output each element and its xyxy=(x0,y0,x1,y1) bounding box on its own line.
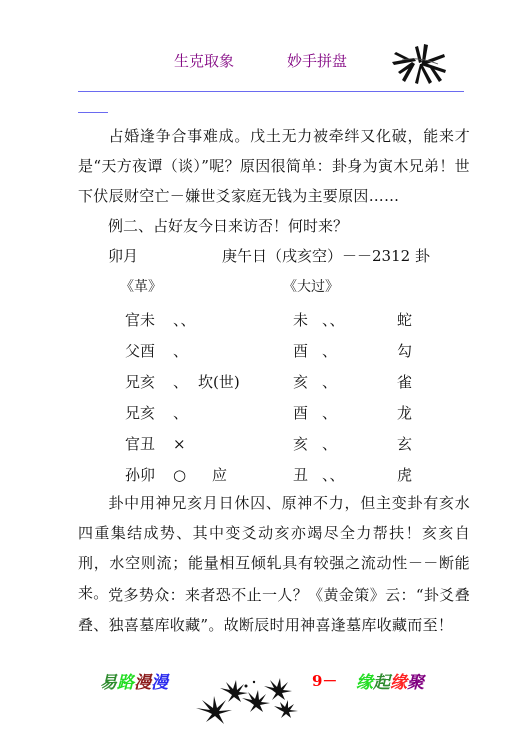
header-title-right: 妙手拼盘 xyxy=(287,50,347,71)
yao-main: 父酉 xyxy=(125,336,155,366)
yao-row: 孙卯 ○ 应 丑 、、 虎 xyxy=(0,460,526,490)
yao-beast: 玄 xyxy=(397,429,412,459)
yao-row: 父酉 、 酉 、 勾 xyxy=(0,336,526,366)
yao-row: 兄亥 、 坎(世) 亥 、 雀 xyxy=(0,367,526,397)
footer-char: 易 xyxy=(100,673,117,693)
yao-change: 亥 xyxy=(293,429,308,459)
yao-change-mark: 、 xyxy=(322,367,337,397)
yao-change: 未 xyxy=(293,305,308,335)
day-info: 庚午日（戌亥空）－－2312 卦 xyxy=(222,241,430,271)
header-divider xyxy=(78,91,464,92)
paragraph-marriage-analysis: 占婚逢争合事难成。戊土无力被牵绊又化破，能来才是“天方夜谭（谈）”呢？原因很简单… xyxy=(78,121,470,211)
changed-hexagram-name: 《大过》 xyxy=(283,274,339,300)
main-hexagram-name: 《革》 xyxy=(120,274,162,300)
yao-change: 丑 xyxy=(293,460,308,490)
yao-main: 兄亥 xyxy=(125,398,155,428)
footer-slogan-left: 易路漫漫 xyxy=(100,668,168,693)
footer-char: 漫 xyxy=(134,673,151,693)
footer-char: 起 xyxy=(373,673,390,693)
yao-note: 坎(世) xyxy=(198,367,240,397)
yao-change: 酉 xyxy=(293,336,308,366)
yao-beast: 虎 xyxy=(397,460,412,490)
yao-row: 官丑 × 亥 、 玄 xyxy=(0,429,526,459)
footer-char: 缘 xyxy=(390,673,407,693)
page-number: 9－ xyxy=(312,670,337,691)
yao-row: 官未 、、 未 、、 蛇 xyxy=(0,305,526,335)
footer-char: 路 xyxy=(117,673,134,693)
yao-mark: 、 xyxy=(173,398,188,428)
footer-char: 聚 xyxy=(407,673,424,693)
yao-main: 官未 xyxy=(125,305,155,335)
example-title: 例二、占好友今日来访否！何时来？ xyxy=(108,211,348,241)
yao-beast: 蛇 xyxy=(397,305,412,335)
yao-beast: 雀 xyxy=(397,367,412,397)
yao-mark: 、 xyxy=(173,367,188,397)
bamboo-leaves-icon xyxy=(388,40,450,86)
yao-mark: × xyxy=(173,429,186,459)
yao-main: 官丑 xyxy=(125,429,155,459)
yao-row: 兄亥 、 酉 、 龙 xyxy=(0,398,526,428)
yao-main: 兄亥 xyxy=(125,367,155,397)
yao-beast: 勾 xyxy=(397,336,412,366)
yao-beast: 龙 xyxy=(397,398,412,428)
yao-mark: 、 xyxy=(173,336,188,366)
footer-slogan-right: 缘起缘聚 xyxy=(356,668,424,693)
yao-mark: 、、 xyxy=(173,305,196,335)
yao-change-mark: 、、 xyxy=(322,460,345,490)
maple-leaves-icon xyxy=(188,676,308,726)
footer-char: 缘 xyxy=(356,673,373,693)
yao-main: 孙卯 xyxy=(125,460,155,490)
yao-mark: ○ xyxy=(173,460,186,490)
header-title-left: 生克取象 xyxy=(174,50,234,71)
paragraph-conclusion: 党多势众：来者恐不止一人？《黄金策》云：“卦爻叠叠、独喜墓库收藏”。故断辰时用神… xyxy=(78,580,470,640)
yao-change: 亥 xyxy=(293,367,308,397)
yao-change-mark: 、 xyxy=(322,429,337,459)
paragraph-text: 占婚逢争合事难成。戊土无力被牵绊又化破，能来才是“天方夜谭（谈）”呢？原因很简单… xyxy=(78,127,470,205)
yao-note: 应 xyxy=(212,460,227,490)
yao-change-mark: 、 xyxy=(322,398,337,428)
yao-change-mark: 、 xyxy=(322,336,337,366)
yao-change: 酉 xyxy=(293,398,308,428)
yao-change-mark: 、、 xyxy=(322,305,345,335)
header-divider-continuation xyxy=(78,112,108,113)
paragraph-text: 党多势众：来者恐不止一人？《黄金策》云：“卦爻叠叠、独喜墓库收藏”。故断辰时用神… xyxy=(78,586,470,634)
footer-char: 漫 xyxy=(151,673,168,693)
month-label: 卯月 xyxy=(108,241,138,271)
